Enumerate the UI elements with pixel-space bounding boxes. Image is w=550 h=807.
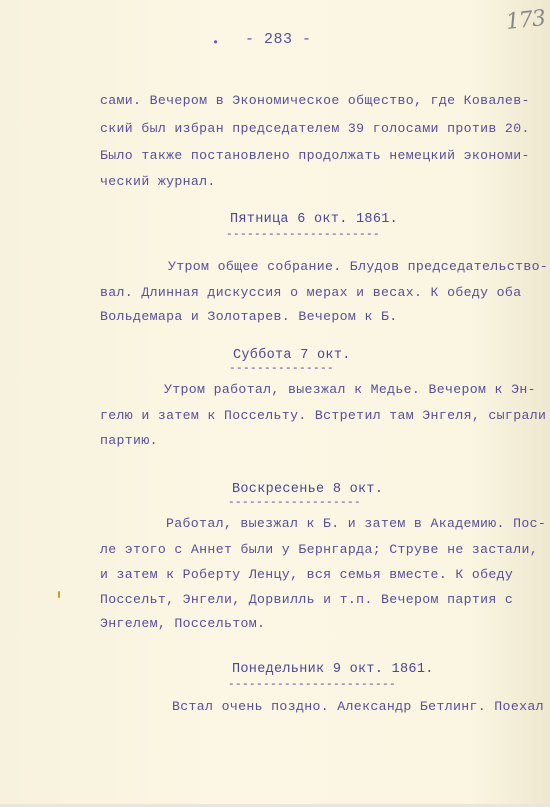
page-dot: • — [212, 36, 219, 50]
text-line: сами. Вечером в Экономическое общество, … — [100, 93, 530, 108]
text-line: гелю и затем к Поссельту. Встретил там Э… — [100, 408, 546, 423]
heading-underline: ------------------- — [228, 497, 361, 509]
entry-heading-friday: Пятница 6 окт. 1861. — [230, 212, 398, 227]
text-line: ский был избран председателем 39 голосам… — [100, 121, 530, 136]
text-line: Встал очень поздно. Александр Бетлинг. П… — [172, 699, 544, 714]
page-number: - 283 - — [245, 31, 312, 48]
heading-underline: ------------------------ — [228, 679, 396, 691]
entry-heading-saturday: Суббота 7 окт. — [233, 348, 351, 363]
text-line: ческий журнал. — [100, 174, 216, 189]
text-line: Утром общее собрание. Блудов председател… — [168, 259, 548, 274]
text-line: Утром работал, выезжал к Медье. Вечером … — [164, 382, 536, 397]
document-page: • - 283 - 173 сами. Вечером в Экономичес… — [0, 0, 550, 807]
text-line: вал. Длинная дискуссия о мерах и весах. … — [100, 285, 521, 300]
text-line: и затем к Роберту Ленцу, вся семья вмест… — [100, 567, 513, 582]
entry-heading-monday: Понедельник 9 окт. 1861. — [232, 662, 434, 677]
heading-underline: --------------- — [229, 363, 334, 375]
heading-underline: ---------------------- — [226, 229, 380, 241]
text-line: партию. — [100, 433, 158, 448]
margin-ink-mark — [58, 591, 60, 598]
text-line: Вольдемара и Золотарев. Вечером к Б. — [100, 309, 398, 324]
text-line: Энгелем, Поссельтом. — [100, 616, 265, 631]
text-line: Было также постановлено продолжать немец… — [100, 148, 530, 163]
text-line: Работал, выезжал к Б. и затем в Академию… — [166, 516, 546, 531]
text-line: ле этого с Аннет были у Бернгарда; Струв… — [100, 542, 538, 557]
folio-number-handwritten: 173 — [505, 6, 546, 35]
entry-heading-sunday: Воскресенье 8 окт. — [232, 482, 383, 497]
text-line: Поссельт, Энгели, Дорвилль и т.п. Вечеро… — [100, 592, 513, 607]
